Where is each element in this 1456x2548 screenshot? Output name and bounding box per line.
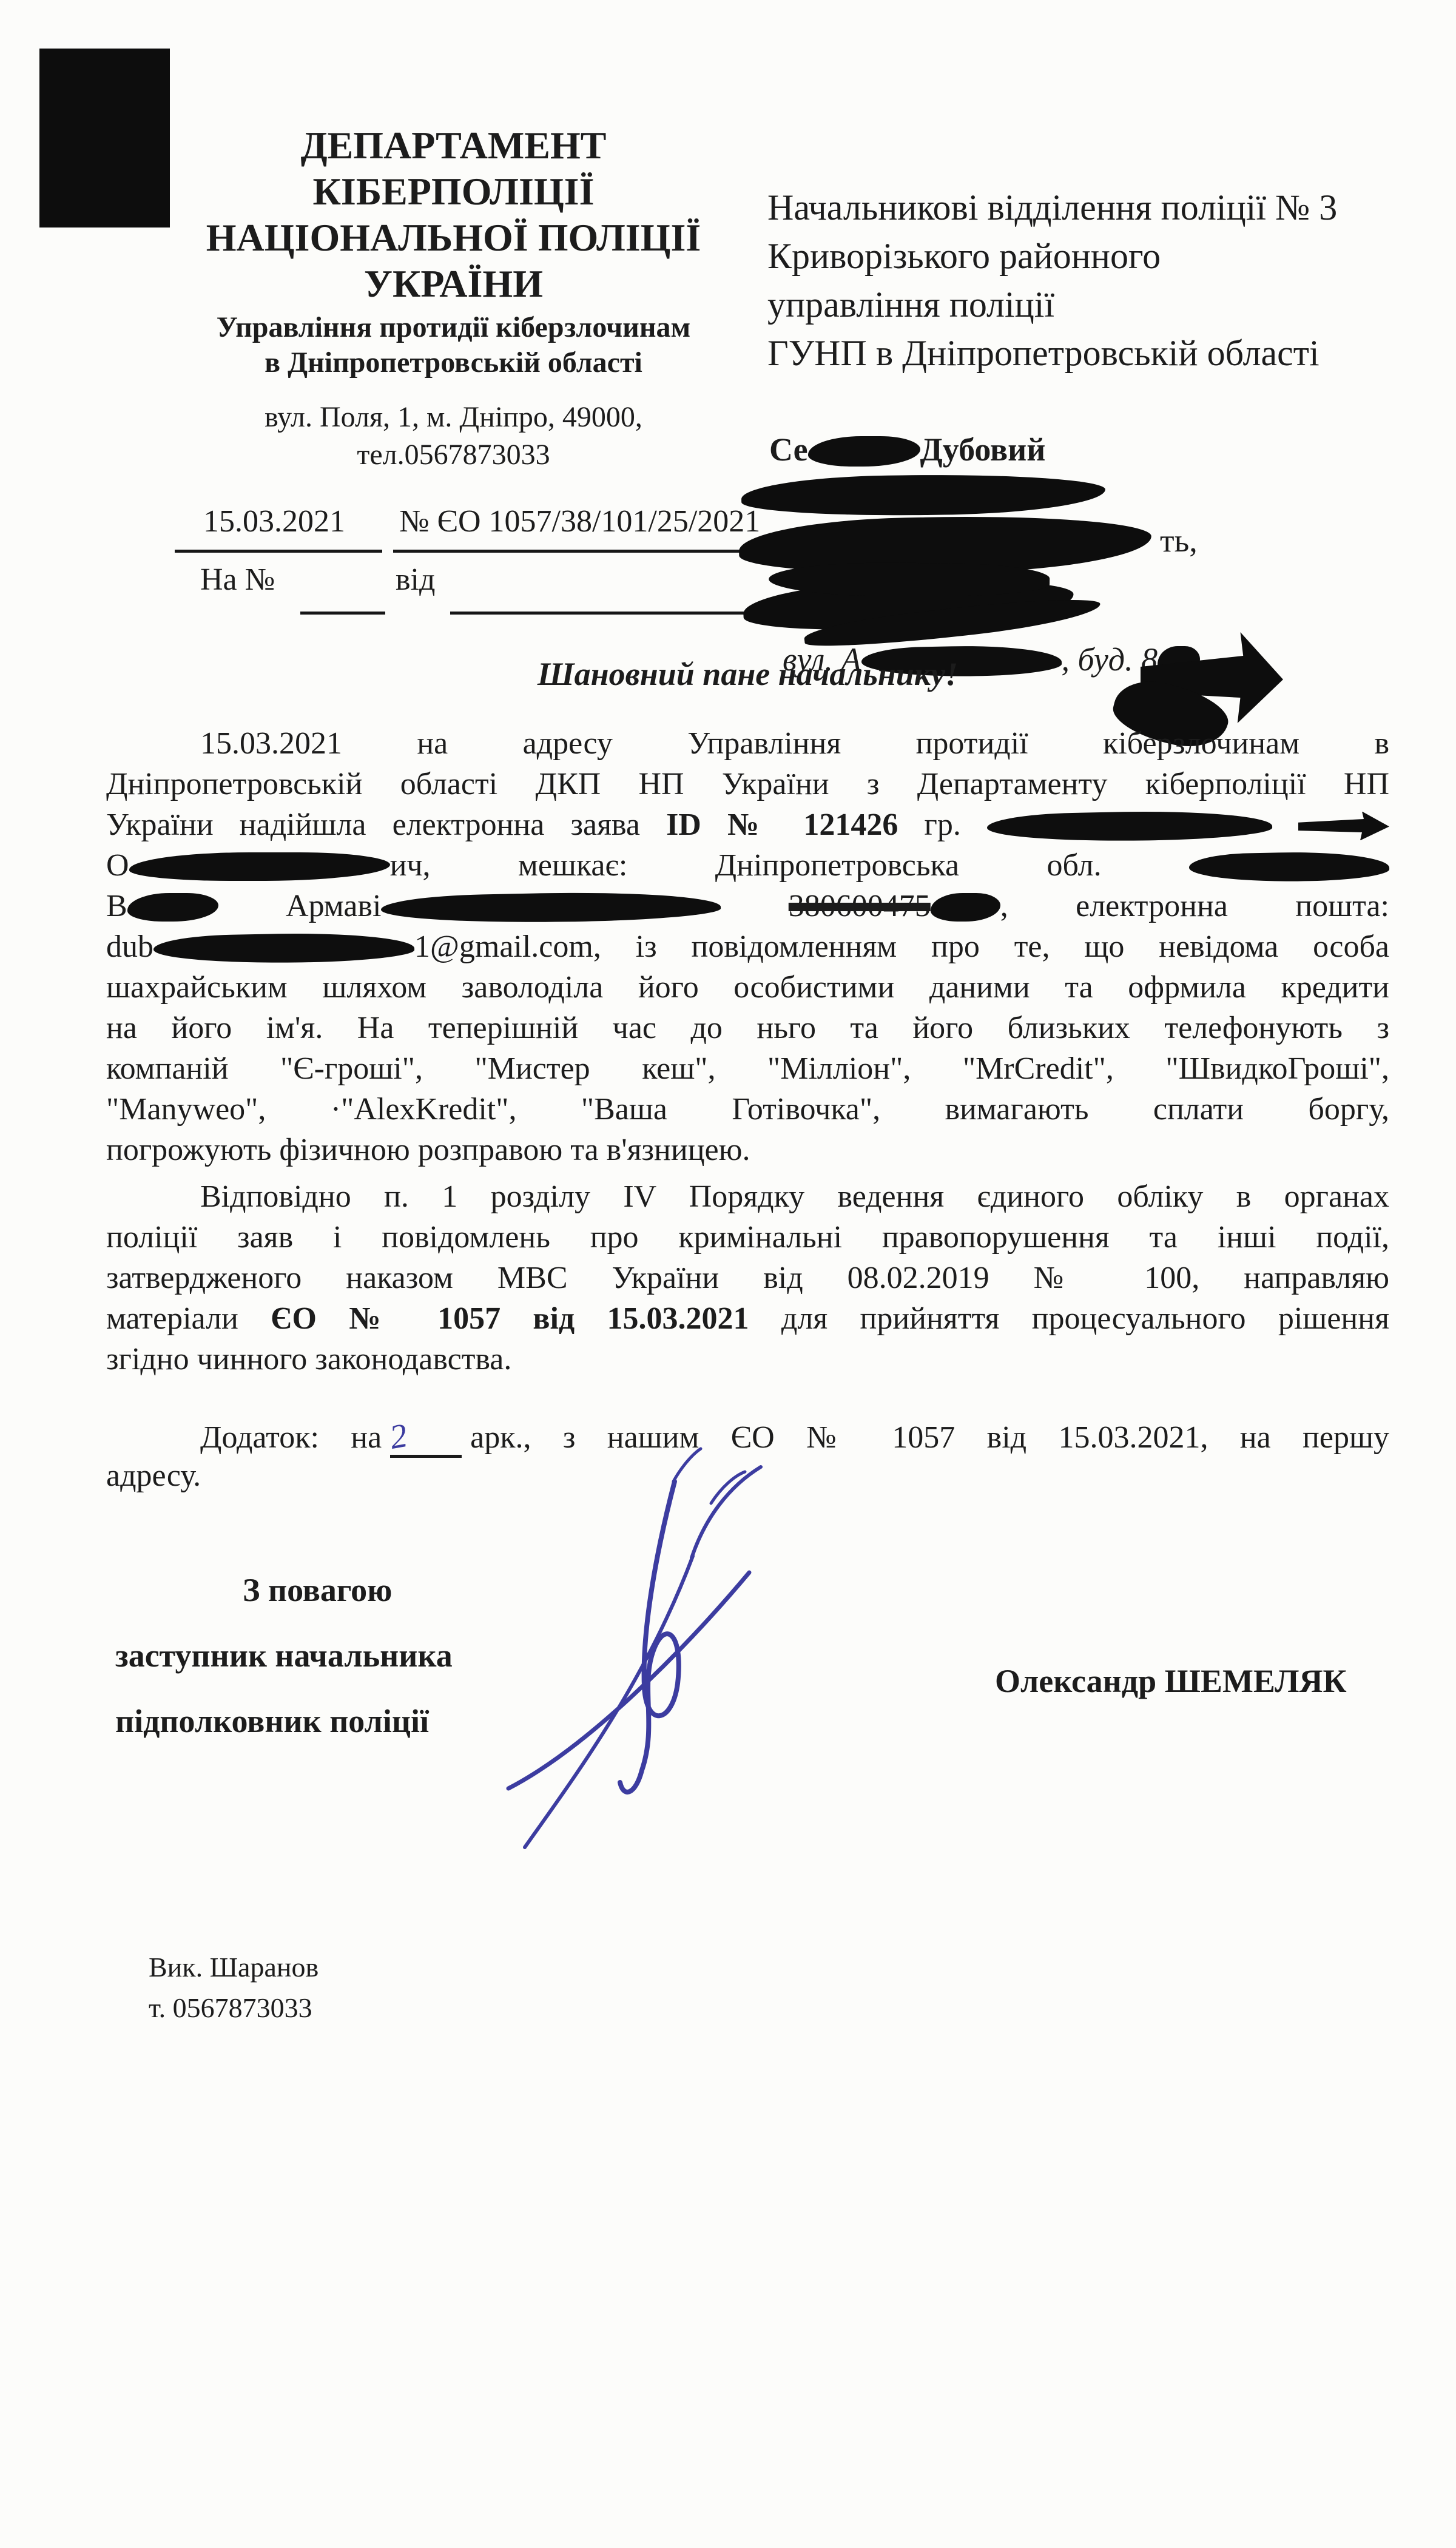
attachment-pages-slot: 2 [390,1418,462,1458]
redaction-blob-surname [986,809,1272,844]
redaction-arrow-line-end [1298,812,1389,841]
p1-line-8: на його ім'я. На теперішній час до ньго … [106,1011,1389,1045]
attachment-tail: адресу. [106,1459,201,1493]
p2-line-5: згідно чинного законодавства. [106,1343,1389,1377]
executor-phone: т. 0567873033 [149,1993,312,2023]
p2-line-4: матеріали ЄО № 1057 від 15.03.2021 для п… [106,1302,1389,1336]
reply-to-label: На № [200,563,275,597]
redaction-blob-address [381,889,721,926]
recipient-line-3: управління поліції [767,285,1054,325]
p2-l4-text-end: для прийняття процесуального рішення [749,1301,1389,1336]
ref-underline-date [175,550,382,553]
redaction-blob-street2 [127,893,218,922]
reply-underline-blank [300,612,385,615]
redaction-bar-line-2 [741,473,1106,517]
signer-name: Олександр ШЕМЕЛЯК [995,1663,1347,1699]
handwritten-page-count: 2 [387,1417,410,1456]
p1-line-1: 15.03.2021 на адресу Управління протидії… [200,727,1389,761]
sender-unit-line-2: в Дніпропетровській області [176,347,731,379]
addressee-name-visible-start: Се [769,431,808,468]
sender-name-line-1: ДЕПАРТАМЕНТ [188,124,719,166]
redaction-blob-patronymic [129,852,390,881]
p1-line-6: dub1@gmail.com, із повідомленням про те,… [106,930,1389,964]
p2-line-3: затвердженого наказом МВС України від 08… [106,1261,1389,1295]
closing-regards: З повагою [243,1572,392,1608]
p2-line-2: поліції заяв і повідомлень про криміналь… [106,1221,1389,1255]
p1-l5-initial: В [106,889,127,923]
p1-line-10: "Manyweo", ·"AlexKredit", "Ваша Готівочк… [106,1093,1389,1127]
p1-l4-initial: О [106,848,129,883]
p2-l4-text-start: матеріали [106,1301,271,1336]
sender-name-line-3: НАЦІОНАЛЬНОЇ ПОЛІЦІЇ [188,217,719,258]
reply-from-label: від [396,563,435,597]
addressee-name-line: СеДубовий [769,432,1045,467]
p1-l6-text: 1@gmail.com, із повідомленням про те, що… [414,929,1389,964]
p1-l5-email-label: , електронна пошта: [1000,889,1389,923]
p1-line-5: В Армаві 380600475, електронна пошта: [106,889,1389,923]
p1-l5-phone: 380600475 [789,889,931,923]
addressee-fragment-t: ть, [1160,523,1198,558]
redaction-blob-email [153,931,415,965]
outgoing-date: 15.03.2021 [203,505,345,539]
p1-l3-gr: гр. [898,807,960,842]
p1-l3-text: України надійшла електронна заява [106,807,666,842]
executor-name: Вик. Шаранов [149,1952,318,1983]
recipient-line-4: ГУНП в Дніпропетровській області [767,334,1319,373]
sender-name-line-2: КІБЕРПОЛІЦІЇ [188,170,719,212]
p1-line-2: Дніпропетровській області ДКП НП України… [106,767,1389,801]
sender-name-line-4: УКРАЇНИ [188,263,719,305]
p1-line-11: погрожують фізичною розправою та в'язниц… [106,1133,1389,1167]
p1-l4-text: ич, мешкає: Дніпропетровська обл. [390,848,1102,883]
handwritten-signature [491,1444,795,1862]
p2-line-1: Відповідно п. 1 розділу IV Порядку веден… [200,1180,1389,1214]
sender-unit-line-1: Управління протидії кіберзлочинам [176,312,731,343]
salutation: Шановний пане начальнику! [106,656,1389,692]
redaction-scribble-line-4 [743,574,1075,636]
redaction-blob-phone [931,893,1000,922]
recipient-line-2: Криворізького районного [767,237,1161,276]
p1-l6-email-start: dub [106,929,153,964]
signer-title-line-1: заступник начальника [115,1638,453,1673]
redaction-blob-name [808,436,920,467]
attachment-line: Додаток: на2арк., з нашим ЄО № 1057 від … [200,1418,1389,1458]
ref-underline-number [393,550,764,553]
scan-artifact-black-rectangle [39,49,170,227]
redaction-blob-city [1189,850,1390,883]
scanned-letter-page: ДЕПАРТАМЕНТ КІБЕРПОЛІЦІЇ НАЦІОНАЛЬНОЇ ПО… [0,0,1456,2548]
p1-line-3: України надійшла електронна заява ID № 1… [106,808,1389,842]
reply-underline-from [450,612,764,615]
sender-address-line: вул. Поля, 1, м. Дніпро, 49000, [176,402,731,433]
case-number-bold: ЄО № 1057 від 15.03.2021 [271,1301,749,1336]
p1-line-7: шахрайським шляхом заволоділа його особи… [106,971,1389,1005]
application-id-number: ID № 121426 [666,807,898,842]
p1-l5-street: Армаві [286,889,381,923]
outgoing-number: № ЄО 1057/38/101/25/2021 [399,505,760,539]
recipient-line-1: Начальникові відділення поліції № 3 [767,188,1337,227]
p1-line-4: Оич, мешкає: Дніпропетровська обл. [106,849,1389,883]
signer-title-line-2: підполковник поліції [115,1704,429,1739]
sender-phone-line: тел.0567873033 [176,439,731,471]
p1-line-9: компаній "Є-гроші", "Мистер кеш", "Міллі… [106,1052,1389,1086]
attachment-text-start: Додаток: на [200,1420,382,1455]
addressee-name-visible-end: Дубовий [920,431,1046,468]
